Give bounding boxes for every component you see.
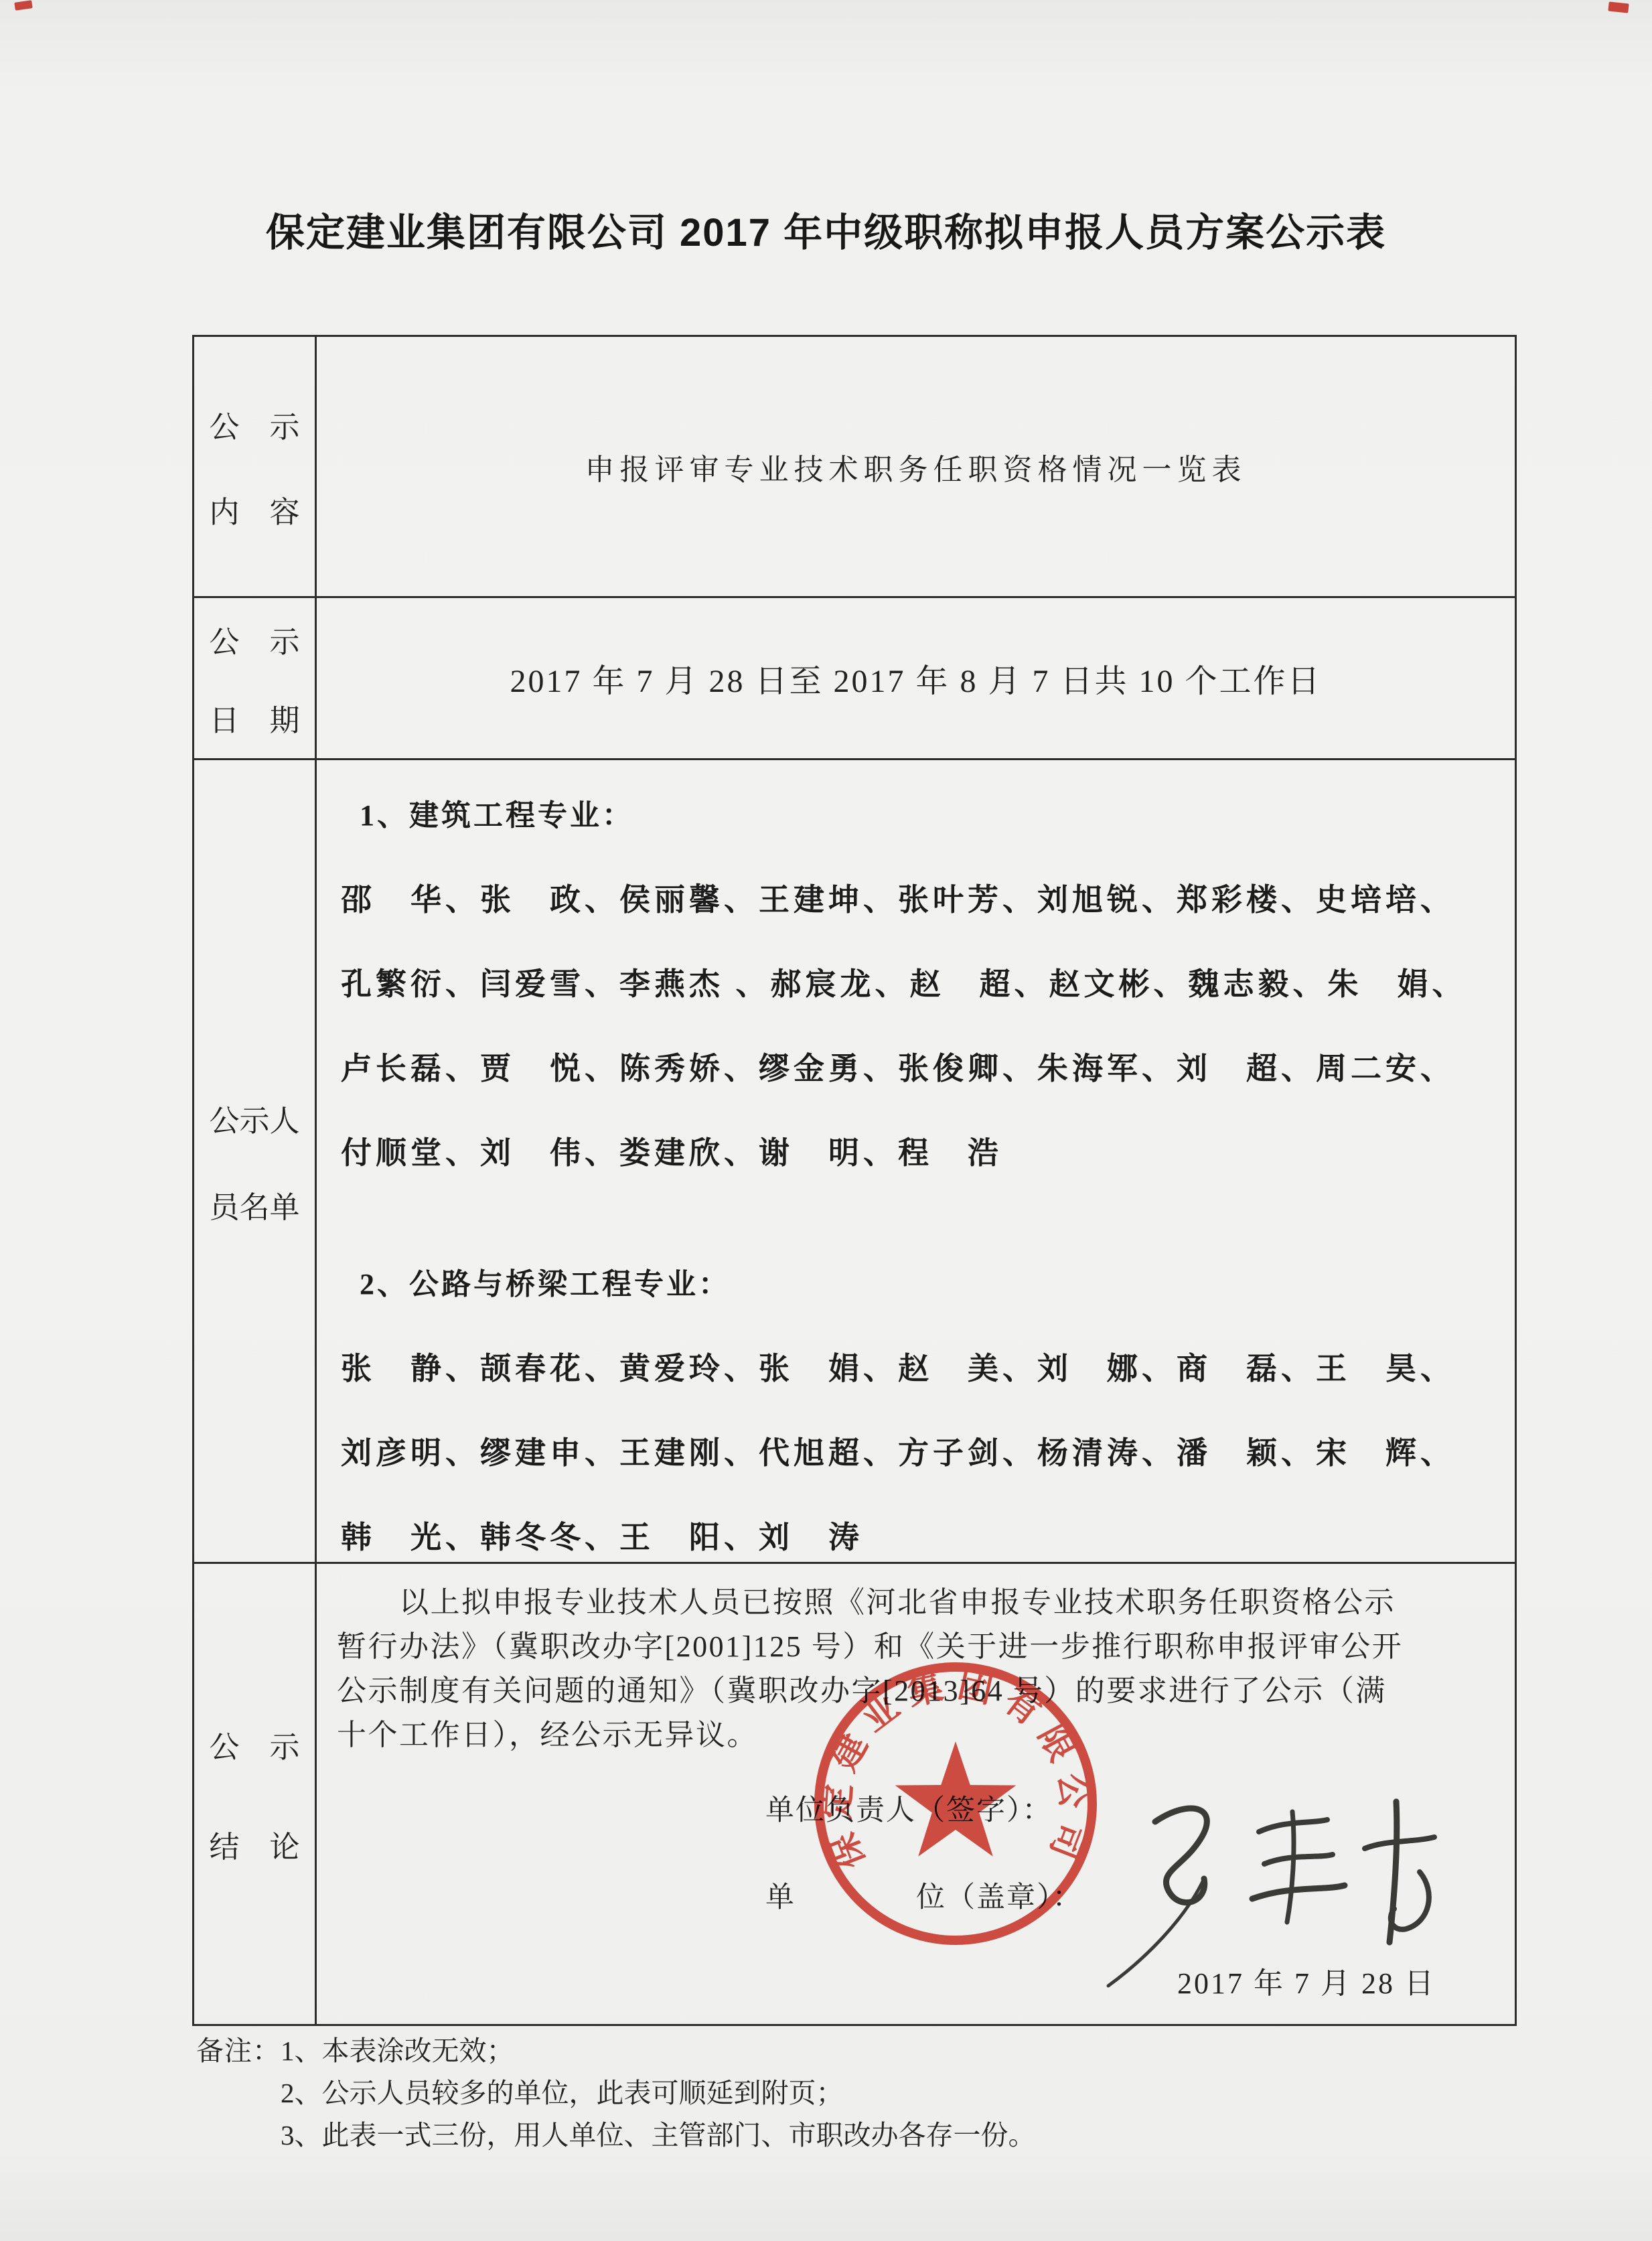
note-item: 3、此表一式三份，用人单位、主管部门、市职改办各存一份。 [281, 2114, 1036, 2157]
note-row: 2、公示人员较多的单位，此表可顺延到附页； [196, 2072, 1469, 2114]
name-list-line: 张 静、颉春花、黄爱玲、张 娟、赵 美、刘 娜、商 磊、王 昊、 [317, 1327, 1515, 1411]
note-item: 1、本表涂改无效； [281, 2030, 514, 2072]
row-header-line: 内 容 [209, 488, 299, 531]
conclusion-paragraph-line: 以上拟申报专业技术人员已按照《河北省申报专业技术职务任职资格公示 [337, 1581, 1501, 1625]
row-header-line: 公 示 [209, 1723, 299, 1766]
row-header-line: 公示人 [209, 1096, 299, 1140]
profession-heading-highway-bridge: 2、公路与桥梁工程专业： [317, 1242, 1515, 1327]
cell-date: 2017 年 7 月 28 日至 2017 年 8 月 7 日共 10 个工作日 [317, 598, 1515, 758]
name-list-line: 孔繁衍、闫爱雪、李燕杰 、郝宸龙、赵 超、赵文彬、魏志毅、朱 娟、 [317, 942, 1515, 1027]
row-header-line: 公 示 [209, 618, 299, 661]
note-item: 2、公示人员较多的单位，此表可顺延到附页； [281, 2072, 844, 2114]
footer-notes: 备注： 1、本表涂改无效； 2、公示人员较多的单位，此表可顺延到附页； 3、此表… [196, 2030, 1469, 2157]
row-header-name-list: 公示人 员名单 [194, 760, 317, 1562]
name-list-line: 刘彦明、缪建申、王建刚、代旭超、方子剑、杨清涛、潘 颖、宋 辉、 [317, 1411, 1515, 1496]
name-list-line: 付顺堂、刘 伟、娄建欣、谢 明、程 浩 [317, 1111, 1515, 1196]
row-header-line: 日 期 [209, 696, 299, 739]
table-row-content: 公 示 内 容 申报评审专业技术职务任职资格情况一览表 [194, 337, 1515, 598]
seal-star-icon [895, 1741, 1017, 1857]
row-header-date: 公 示 日 期 [194, 598, 317, 758]
notice-content-text: 申报评审专业技术职务任职资格情况一览表 [585, 445, 1247, 488]
notes-label: 备注： [196, 2030, 281, 2072]
note-indent-spacer [196, 2114, 281, 2157]
profession-heading-construction: 1、建筑工程专业： [317, 774, 1515, 858]
row-header-line: 结 论 [209, 1822, 299, 1866]
handwritten-signature [1092, 1785, 1493, 2006]
scan-artifact-red-left [14, 0, 32, 11]
row-header-line: 公 示 [209, 403, 299, 446]
scan-artifact-red-right [1608, 1, 1629, 13]
table-row-name-list: 公示人 员名单 1、建筑工程专业： 邵 华、张 政、侯丽馨、王建坤、张叶芳、刘旭… [194, 760, 1515, 1564]
note-row: 备注： 1、本表涂改无效； [196, 2030, 1469, 2072]
name-list-line: 卢长磊、贾 悦、陈秀娇、缪金勇、张俊卿、朱海军、刘 超、周二安、 [317, 1027, 1515, 1111]
row-header-conclusion: 公 示 结 论 [194, 1564, 317, 2024]
row-header-line: 员名单 [209, 1183, 299, 1226]
note-indent-spacer [196, 2072, 281, 2114]
notice-date-text: 2017 年 7 月 28 日至 2017 年 8 月 7 日共 10 个工作日 [510, 655, 1321, 701]
company-seal-stamp: 保定建业集团有限公司 [808, 1656, 1103, 1951]
row-header-content: 公 示 内 容 [194, 337, 317, 596]
cell-name-list: 1、建筑工程专业： 邵 华、张 政、侯丽馨、王建坤、张叶芳、刘旭锐、郑彩楼、史培… [317, 760, 1515, 1562]
page-title: 保定建业集团有限公司 2017 年中级职称拟申报人员方案公示表 [0, 201, 1652, 257]
note-row: 3、此表一式三份，用人单位、主管部门、市职改办各存一份。 [196, 2114, 1469, 2157]
cell-content: 申报评审专业技术职务任职资格情况一览表 [317, 337, 1515, 596]
scanned-document-page: 保定建业集团有限公司 2017 年中级职称拟申报人员方案公示表 公 示 内 容 … [0, 0, 1652, 2241]
table-row-date: 公 示 日 期 2017 年 7 月 28 日至 2017 年 8 月 7 日共… [194, 598, 1515, 760]
name-list-line: 邵 华、张 政、侯丽馨、王建坤、张叶芳、刘旭锐、郑彩楼、史培培、 [317, 858, 1515, 942]
